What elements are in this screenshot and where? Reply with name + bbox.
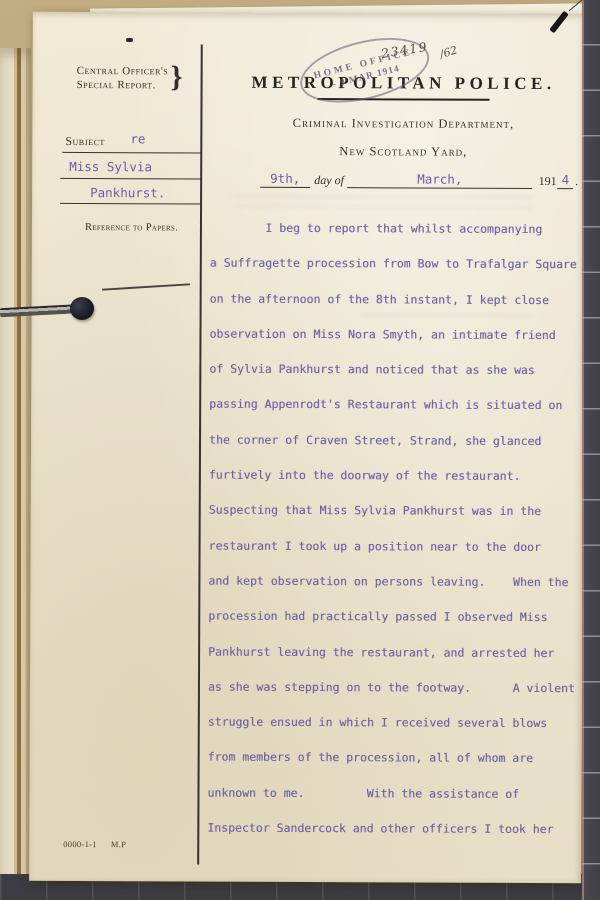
date-line: 9th, day of March, 191 4 . xyxy=(260,171,578,189)
typed-line: Suspecting that Miss Sylvia Pankhurst wa… xyxy=(209,493,581,530)
typed-line: a Suffragette procession from Bow to Tra… xyxy=(210,246,582,283)
department-line: Criminal Investigation Department, xyxy=(222,116,584,133)
date-day-typed: 9th, xyxy=(260,171,310,188)
typed-line: the corner of Craven Street, Strand, she… xyxy=(209,422,581,459)
reference-to-papers-label: Reference to Papers. xyxy=(85,222,178,233)
subject-underline-3 xyxy=(60,203,201,205)
column-divider-rule xyxy=(197,45,202,865)
subject-label: Subject xyxy=(65,134,105,149)
date-year-printed: 191 xyxy=(533,174,558,189)
typed-line: as she was stepping on to the footway. A… xyxy=(208,669,580,706)
report-type-line1: Central Officer's xyxy=(77,64,169,78)
paper-fastener-head xyxy=(70,297,94,320)
typed-line: and kept observation on persons leaving.… xyxy=(208,564,580,601)
typed-line: furtively into the doorway of the restau… xyxy=(209,458,581,495)
report-page: Central Officer's Special Report. } Subj… xyxy=(29,12,585,883)
typed-line: from members of the procession, all of w… xyxy=(208,740,580,777)
date-dayof-label: day of xyxy=(310,173,347,188)
photographic-scale-ruler xyxy=(582,0,600,900)
subject-typed-name-line2: Pankhurst. xyxy=(90,185,165,200)
typed-line: of Sylvia Pankhurst and noticed that as … xyxy=(209,352,581,389)
typed-line: procession had practically passed I obse… xyxy=(208,599,580,636)
typed-line: I beg to report that whilst accompanying xyxy=(210,211,582,248)
typed-line: unknown to me. With the assistance of xyxy=(207,775,579,812)
ink-bleedthrough xyxy=(232,195,532,208)
report-body: I beg to report that whilst accompanying… xyxy=(207,211,582,848)
typed-line: passing Appenrodt's Restaurant which is … xyxy=(209,387,581,424)
subject-typed-name-line1: Miss Sylvia xyxy=(69,159,152,174)
typed-line: struggle ensued in which I received seve… xyxy=(208,705,580,742)
typed-line: Inspector Sandercock and other officers … xyxy=(207,811,579,848)
date-year-typed: 4 xyxy=(558,172,574,189)
brace-glyph: } xyxy=(171,60,183,94)
report-type-heading: Central Officer's Special Report. xyxy=(77,64,169,92)
report-type-line2: Special Report. xyxy=(77,78,169,92)
form-code: M.P xyxy=(111,839,126,849)
subject-underline-2 xyxy=(60,178,201,180)
address-line: New Scotland Yard, xyxy=(222,144,584,161)
date-period: . xyxy=(573,174,578,189)
page-edge-mark xyxy=(126,38,133,42)
ink-bleedthrough xyxy=(362,313,532,324)
subject-typed-re: re xyxy=(130,131,145,146)
stacked-page-edges xyxy=(0,48,31,880)
subject-underline-1 xyxy=(62,152,201,154)
typed-line: restaurant I took up a position near to … xyxy=(208,528,580,565)
typed-line: Pankhurst leaving the restaurant, and ar… xyxy=(208,634,580,671)
form-number: 0000-1-1M.P xyxy=(63,839,126,849)
form-number-value: 0000-1-1 xyxy=(63,839,97,849)
date-month-typed: March, xyxy=(347,171,533,189)
